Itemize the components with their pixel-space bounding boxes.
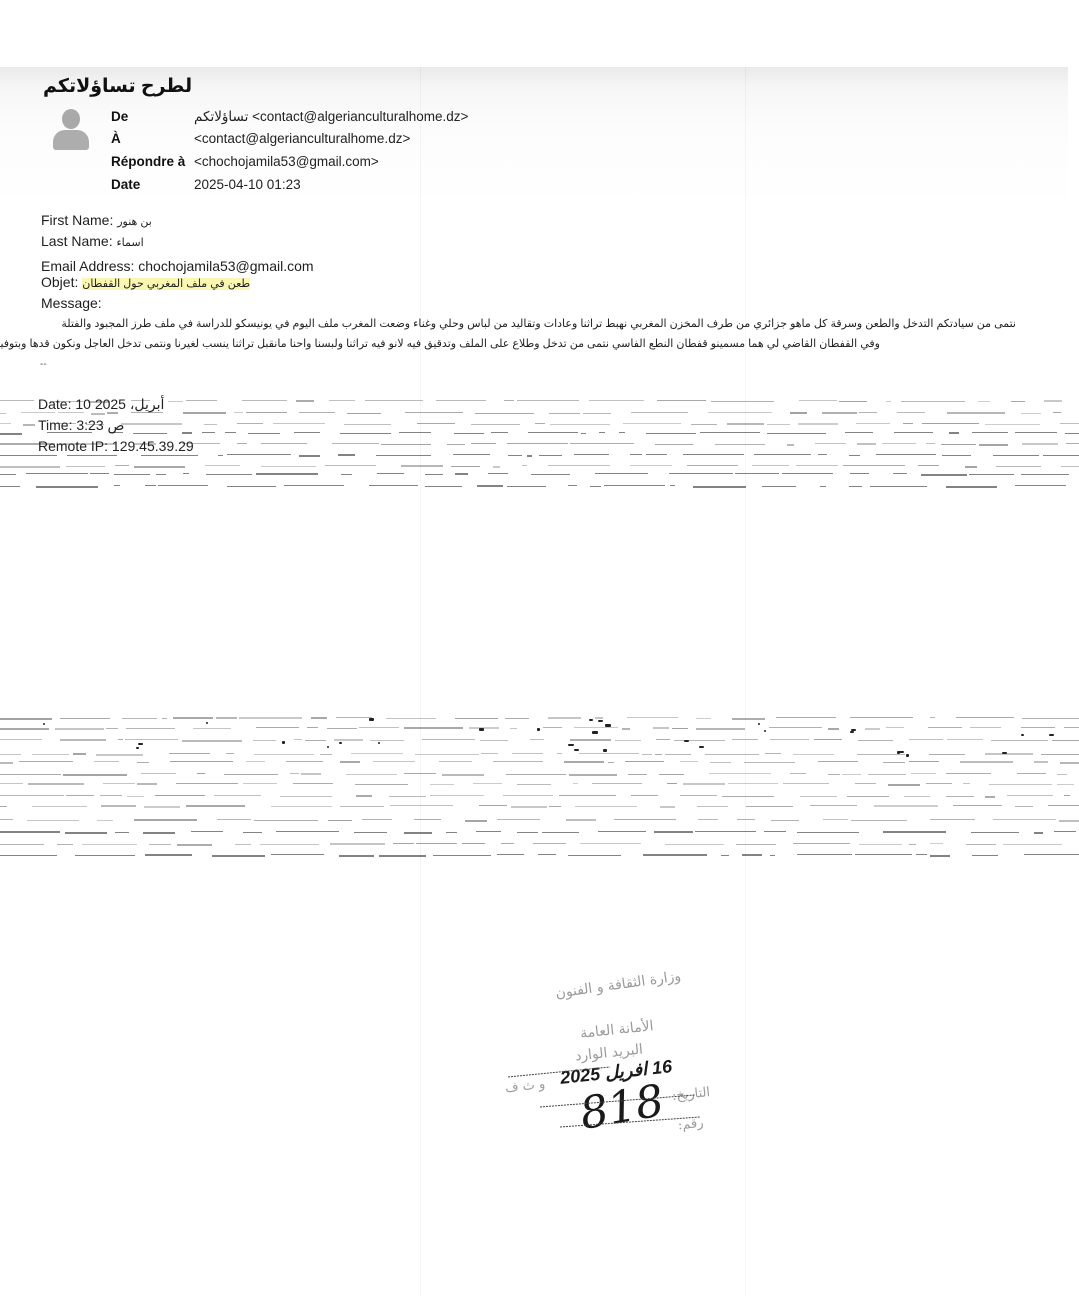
message-line: وفي القفطان القاضي لي هما مسمينو قفطان ا… xyxy=(0,337,880,350)
header-label: De xyxy=(111,109,128,124)
scan-line xyxy=(745,67,746,1296)
ministry-stamp: وزارة الثقافة و الفنون الأمانة العامة ال… xyxy=(500,967,740,1157)
header-value: 2025-04-10 01:23 xyxy=(194,177,301,192)
email-address-field: Email Address: chochojamila53@gmail.com xyxy=(41,258,314,274)
header-label: À xyxy=(111,131,121,146)
message-line: نتمى من سيادتكم التدخل والطعن وسرقة كل م… xyxy=(61,317,1016,330)
email-subject-title: لطرح تساؤلاتكم xyxy=(43,75,192,98)
header-value: تساؤلاتكم <contact@algerianculturalhome.… xyxy=(194,109,468,125)
meta-label: Remote IP: xyxy=(38,438,108,454)
objet-field: Objet: طعن في ملف المغربي حول القفطان xyxy=(41,274,250,290)
field-label: Objet: xyxy=(41,274,78,290)
meta-value: 10 2025 ،أبريل xyxy=(75,396,164,412)
header-label: Date xyxy=(111,177,140,192)
header-label: Répondre à xyxy=(111,154,185,169)
first-name-field: First Name: بن هنور xyxy=(41,212,152,228)
meta-label: Time: xyxy=(38,417,72,433)
header-value: <contact@algerianculturalhome.dz> xyxy=(194,131,410,146)
field-value: chochojamila53@gmail.com xyxy=(138,258,313,274)
field-value: طعن في ملف المغربي حول القفطان xyxy=(82,278,250,290)
message-label: Message: xyxy=(41,295,102,311)
field-value: اسماء xyxy=(116,237,143,249)
meta-remote-ip: Remote IP: 129.45.39.29 xyxy=(38,438,194,454)
stamp-dotted-lines xyxy=(500,967,740,1157)
separator: -- xyxy=(40,359,47,370)
meta-label: Date: xyxy=(38,396,71,412)
field-label: First Name: xyxy=(41,212,113,228)
last-name-field: Last Name: اسماء xyxy=(41,233,144,249)
field-label: Email Address: xyxy=(41,258,134,274)
field-value: بن هنور xyxy=(117,216,152,228)
meta-value: 129.45.39.29 xyxy=(112,438,194,454)
header-value: <chochojamila53@gmail.com> xyxy=(194,154,379,169)
meta-date: Date: 10 2025 ،أبريل xyxy=(38,396,164,413)
scan-line xyxy=(420,67,421,1296)
meta-value: 3:23 ص xyxy=(76,417,124,433)
user-avatar-icon xyxy=(53,109,89,151)
scanned-email-page: لطرح تساؤلاتكم De تساؤلاتكم <contact@alg… xyxy=(0,67,1068,1296)
field-label: Last Name: xyxy=(41,233,113,249)
